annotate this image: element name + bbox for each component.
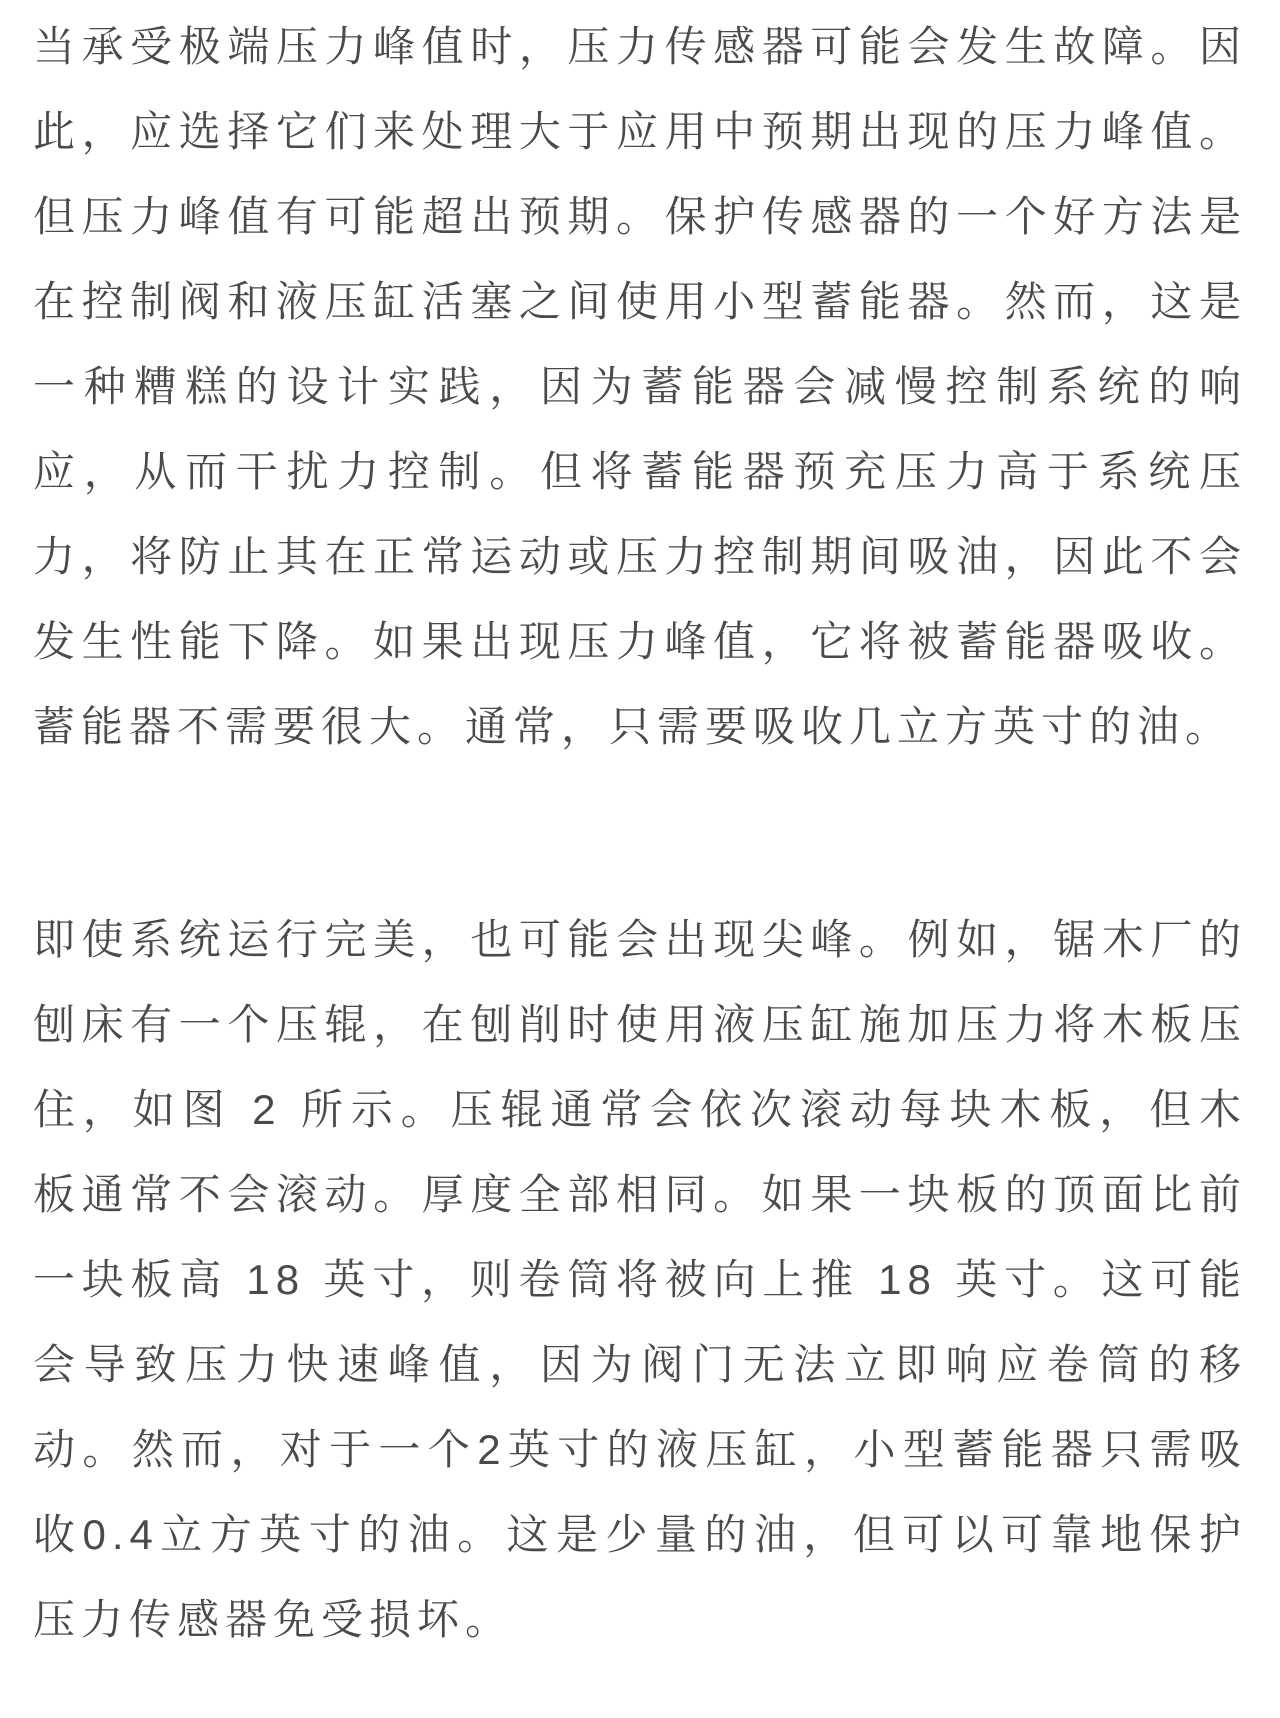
paragraph-sawmill-planer-example: 即使系统运行完美，也可能会出现尖峰。例如，锯木厂的刨床有一个压辊，在刨削时使用液… <box>33 897 1247 1662</box>
paragraph-pressure-sensor-protection: 当承受极端压力峰值时，压力传感器可能会发生故障。因此，应选择它们来处理大于应用中… <box>33 4 1247 769</box>
document-page: 当承受极端压力峰值时，压力传感器可能会发生故障。因此，应选择它们来处理大于应用中… <box>0 0 1280 1718</box>
